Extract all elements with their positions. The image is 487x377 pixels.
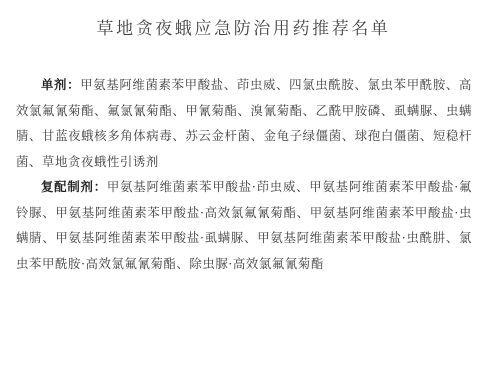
compound-formulation-paragraph: 复配制剂：甲氨基阿维菌素苯甲酸盐·茚虫威、甲氨基阿维菌素苯甲酸盐·氟铃脲、甲氨基…: [16, 174, 472, 276]
single-agent-paragraph: 单剂：甲氨基阿维菌素苯甲酸盐、茚虫威、四氯虫酰胺、氯虫苯甲酰胺、高效氯氟氰菊酯、…: [16, 72, 472, 174]
single-agent-list: 甲氨基阿维菌素苯甲酸盐、茚虫威、四氯虫酰胺、氯虫苯甲酰胺、高效氯氟氰菊酯、氟氯氰…: [16, 77, 472, 169]
single-agent-separator: ：: [67, 77, 80, 92]
compound-formulation-separator: ：: [94, 179, 107, 194]
compound-formulation-label: 复配制剂: [41, 179, 94, 194]
single-agent-label: 单剂: [41, 77, 67, 92]
document-title: 草地贪夜蛾应急防治用药推荐名单: [0, 14, 487, 39]
document-body: 单剂：甲氨基阿维菌素苯甲酸盐、茚虫威、四氯虫酰胺、氯虫苯甲酰胺、高效氯氟氰菊酯、…: [16, 72, 472, 276]
